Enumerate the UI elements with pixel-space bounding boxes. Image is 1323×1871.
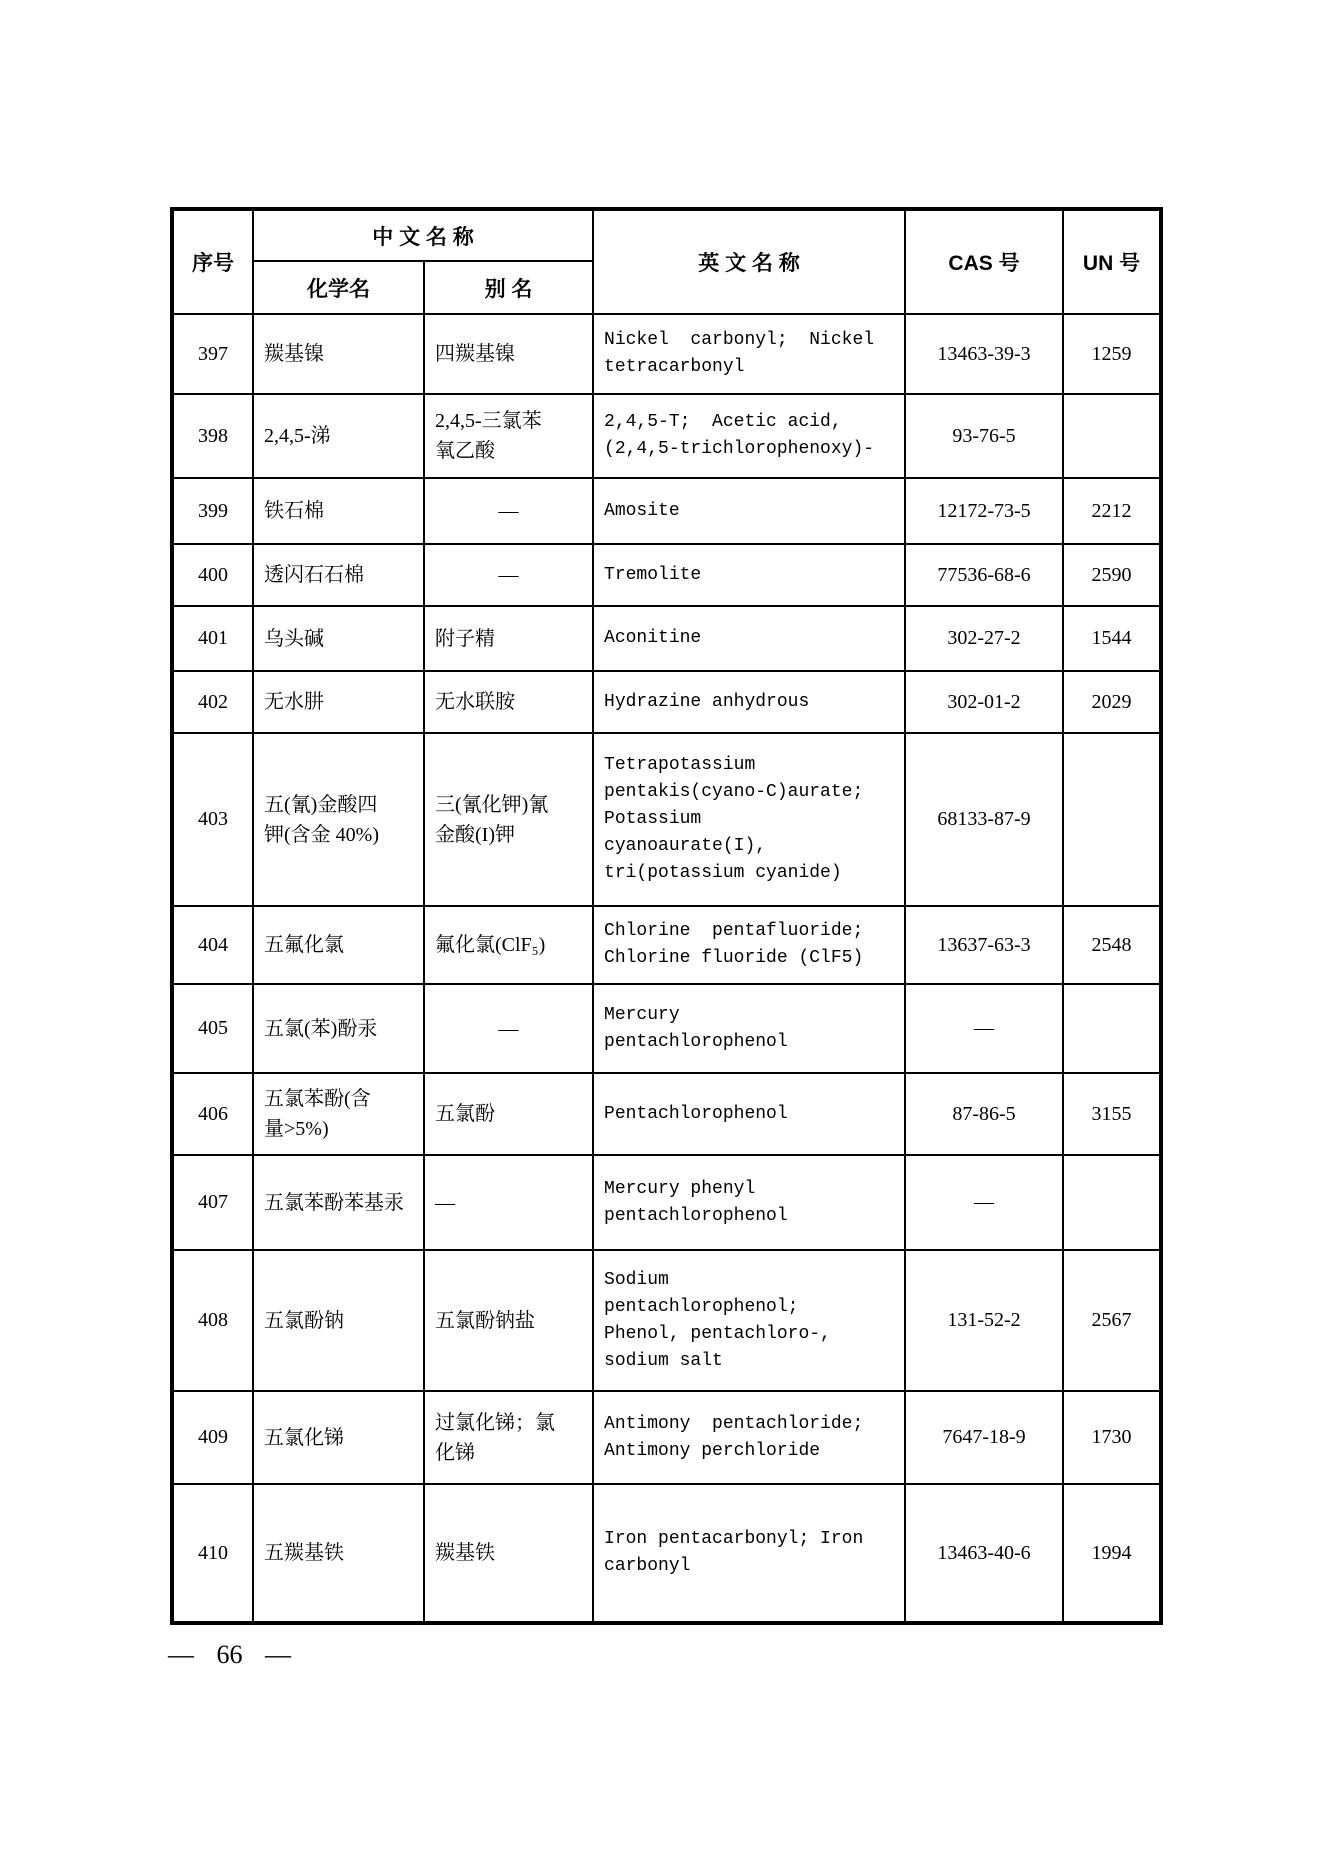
cell-serial-number: 409 xyxy=(172,1391,253,1484)
cell-alias: 三(氰化钾)氰 金酸(I)钾 xyxy=(424,733,593,906)
table-row: 406 五氯苯酚(含 量>5%) 五氯酚 Pentachlorophenol 8… xyxy=(172,1073,1161,1155)
cell-serial-number: 408 xyxy=(172,1250,253,1391)
cell-un-number: 1730 xyxy=(1063,1391,1161,1484)
table-row: 397 羰基镍 四羰基镍 Nickel carbonyl; Nickel tet… xyxy=(172,314,1161,394)
cell-cas-number: 12172-73-5 xyxy=(905,478,1063,544)
header-english-name: 英 文 名 称 xyxy=(593,209,905,314)
cell-serial-number: 404 xyxy=(172,906,253,984)
cell-english-name: Amosite xyxy=(593,478,905,544)
cell-chemical-name: 乌头碱 xyxy=(253,606,424,671)
cell-alias: — xyxy=(424,478,593,544)
cell-un-number: 2567 xyxy=(1063,1250,1161,1391)
cell-un-number: 1544 xyxy=(1063,606,1161,671)
cell-english-name: Pentachlorophenol xyxy=(593,1073,905,1155)
cell-cas-number: 93-76-5 xyxy=(905,394,1063,478)
cell-alias: 附子精 xyxy=(424,606,593,671)
cell-serial-number: 410 xyxy=(172,1484,253,1623)
cell-english-name: Chlorine pentafluoride; Chlorine fluorid… xyxy=(593,906,905,984)
cell-english-name: Antimony pentachloride; Antimony perchlo… xyxy=(593,1391,905,1484)
table-row: 399 铁石棉 — Amosite 12172-73-5 2212 xyxy=(172,478,1161,544)
header-chinese-name-group: 中 文 名 称 xyxy=(253,209,593,261)
table-row: 398 2,4,5-涕 2,4,5-三氯苯 氧乙酸 2,4,5-T; Aceti… xyxy=(172,394,1161,478)
cell-chemical-name: 五氯酚钠 xyxy=(253,1250,424,1391)
cell-chemical-name: 2,4,5-涕 xyxy=(253,394,424,478)
table-row: 408 五氯酚钠 五氯酚钠盐 Sodium pentachlorophenol;… xyxy=(172,1250,1161,1391)
cell-alias: — xyxy=(424,1155,593,1250)
cell-un-number: 2029 xyxy=(1063,671,1161,733)
cell-un-number: 2548 xyxy=(1063,906,1161,984)
cell-chemical-name: 五氯苯酚苯基汞 xyxy=(253,1155,424,1250)
table-row: 405 五氯(苯)酚汞 — Mercury pentachlorophenol … xyxy=(172,984,1161,1073)
table-row: 401 乌头碱 附子精 Aconitine 302-27-2 1544 xyxy=(172,606,1161,671)
cell-cas-number: 13637-63-3 xyxy=(905,906,1063,984)
cell-chemical-name: 五(氰)金酸四 钾(含金 40%) xyxy=(253,733,424,906)
cell-cas-number: 7647-18-9 xyxy=(905,1391,1063,1484)
cell-alias: 无水联胺 xyxy=(424,671,593,733)
cell-un-number: 1259 xyxy=(1063,314,1161,394)
cell-alias: 氟化氯(ClF₅) xyxy=(424,906,593,984)
table-row: 402 无水肼 无水联胺 Hydrazine anhydrous 302-01-… xyxy=(172,671,1161,733)
cell-chemical-name: 无水肼 xyxy=(253,671,424,733)
cell-english-name: Mercury pentachlorophenol xyxy=(593,984,905,1073)
cell-english-name: Iron pentacarbonyl; Iron carbonyl xyxy=(593,1484,905,1623)
cell-cas-number: — xyxy=(905,984,1063,1073)
header-serial: 序号 xyxy=(172,209,253,314)
cell-chemical-name: 五氯苯酚(含 量>5%) xyxy=(253,1073,424,1155)
cell-cas-number: 68133-87-9 xyxy=(905,733,1063,906)
cell-serial-number: 401 xyxy=(172,606,253,671)
cell-english-name: Mercury phenyl pentachlorophenol xyxy=(593,1155,905,1250)
cell-english-name: Tremolite xyxy=(593,544,905,606)
table-row: 400 透闪石石棉 — Tremolite 77536-68-6 2590 xyxy=(172,544,1161,606)
table-row: 404 五氟化氯 氟化氯(ClF₅) Chlorine pentafluorid… xyxy=(172,906,1161,984)
table-row: 409 五氯化锑 过氯化锑；氯 化锑 Antimony pentachlorid… xyxy=(172,1391,1161,1484)
cell-cas-number: 302-01-2 xyxy=(905,671,1063,733)
cell-chemical-name: 五氟化氯 xyxy=(253,906,424,984)
cell-chemical-name: 五氯化锑 xyxy=(253,1391,424,1484)
cell-serial-number: 399 xyxy=(172,478,253,544)
cell-cas-number: — xyxy=(905,1155,1063,1250)
cell-cas-number: 302-27-2 xyxy=(905,606,1063,671)
cell-cas-number: 77536-68-6 xyxy=(905,544,1063,606)
cell-english-name: Sodium pentachlorophenol; Phenol, pentac… xyxy=(593,1250,905,1391)
cell-alias: 羰基铁 xyxy=(424,1484,593,1623)
header-un: UN 号 xyxy=(1063,209,1161,314)
cell-un-number xyxy=(1063,984,1161,1073)
table-row: 403 五(氰)金酸四 钾(含金 40%) 三(氰化钾)氰 金酸(I)钾 Tet… xyxy=(172,733,1161,906)
cell-serial-number: 407 xyxy=(172,1155,253,1250)
cell-alias: 五氯酚 xyxy=(424,1073,593,1155)
cell-chemical-name: 五氯(苯)酚汞 xyxy=(253,984,424,1073)
cell-english-name: Tetrapotassium pentakis(cyano-C)aurate; … xyxy=(593,733,905,906)
page-number: — 66 — xyxy=(168,1640,291,1670)
cell-chemical-name: 透闪石石棉 xyxy=(253,544,424,606)
cell-un-number: 2212 xyxy=(1063,478,1161,544)
cell-un-number xyxy=(1063,733,1161,906)
header-chemical-name: 化学名 xyxy=(253,261,424,314)
cell-serial-number: 397 xyxy=(172,314,253,394)
cell-un-number: 3155 xyxy=(1063,1073,1161,1155)
header-alias: 别 名 xyxy=(424,261,593,314)
cell-alias: — xyxy=(424,544,593,606)
cell-un-number xyxy=(1063,1155,1161,1250)
cell-english-name: Hydrazine anhydrous xyxy=(593,671,905,733)
cell-serial-number: 398 xyxy=(172,394,253,478)
cell-cas-number: 13463-40-6 xyxy=(905,1484,1063,1623)
cell-english-name: Nickel carbonyl; Nickel tetracarbonyl xyxy=(593,314,905,394)
cell-alias: — xyxy=(424,984,593,1073)
table-row: 407 五氯苯酚苯基汞 — Mercury phenyl pentachloro… xyxy=(172,1155,1161,1250)
cell-alias: 过氯化锑；氯 化锑 xyxy=(424,1391,593,1484)
cell-un-number: 1994 xyxy=(1063,1484,1161,1623)
cell-english-name: 2,4,5-T; Acetic acid, (2,4,5-trichloroph… xyxy=(593,394,905,478)
cell-serial-number: 406 xyxy=(172,1073,253,1155)
cell-chemical-name: 五羰基铁 xyxy=(253,1484,424,1623)
table-row: 410 五羰基铁 羰基铁 Iron pentacarbonyl; Iron ca… xyxy=(172,1484,1161,1623)
cell-english-name: Aconitine xyxy=(593,606,905,671)
cell-cas-number: 87-86-5 xyxy=(905,1073,1063,1155)
cell-alias: 四羰基镍 xyxy=(424,314,593,394)
cell-serial-number: 405 xyxy=(172,984,253,1073)
cell-alias: 五氯酚钠盐 xyxy=(424,1250,593,1391)
header-cas: CAS 号 xyxy=(905,209,1063,314)
cell-cas-number: 131-52-2 xyxy=(905,1250,1063,1391)
cell-chemical-name: 铁石棉 xyxy=(253,478,424,544)
chemicals-table: 序号 中 文 名 称 英 文 名 称 CAS 号 UN 号 化学名 别 名 39… xyxy=(170,207,1163,1625)
cell-cas-number: 13463-39-3 xyxy=(905,314,1063,394)
cell-chemical-name: 羰基镍 xyxy=(253,314,424,394)
cell-un-number: 2590 xyxy=(1063,544,1161,606)
cell-un-number xyxy=(1063,394,1161,478)
cell-serial-number: 402 xyxy=(172,671,253,733)
cell-alias: 2,4,5-三氯苯 氧乙酸 xyxy=(424,394,593,478)
cell-serial-number: 400 xyxy=(172,544,253,606)
cell-serial-number: 403 xyxy=(172,733,253,906)
